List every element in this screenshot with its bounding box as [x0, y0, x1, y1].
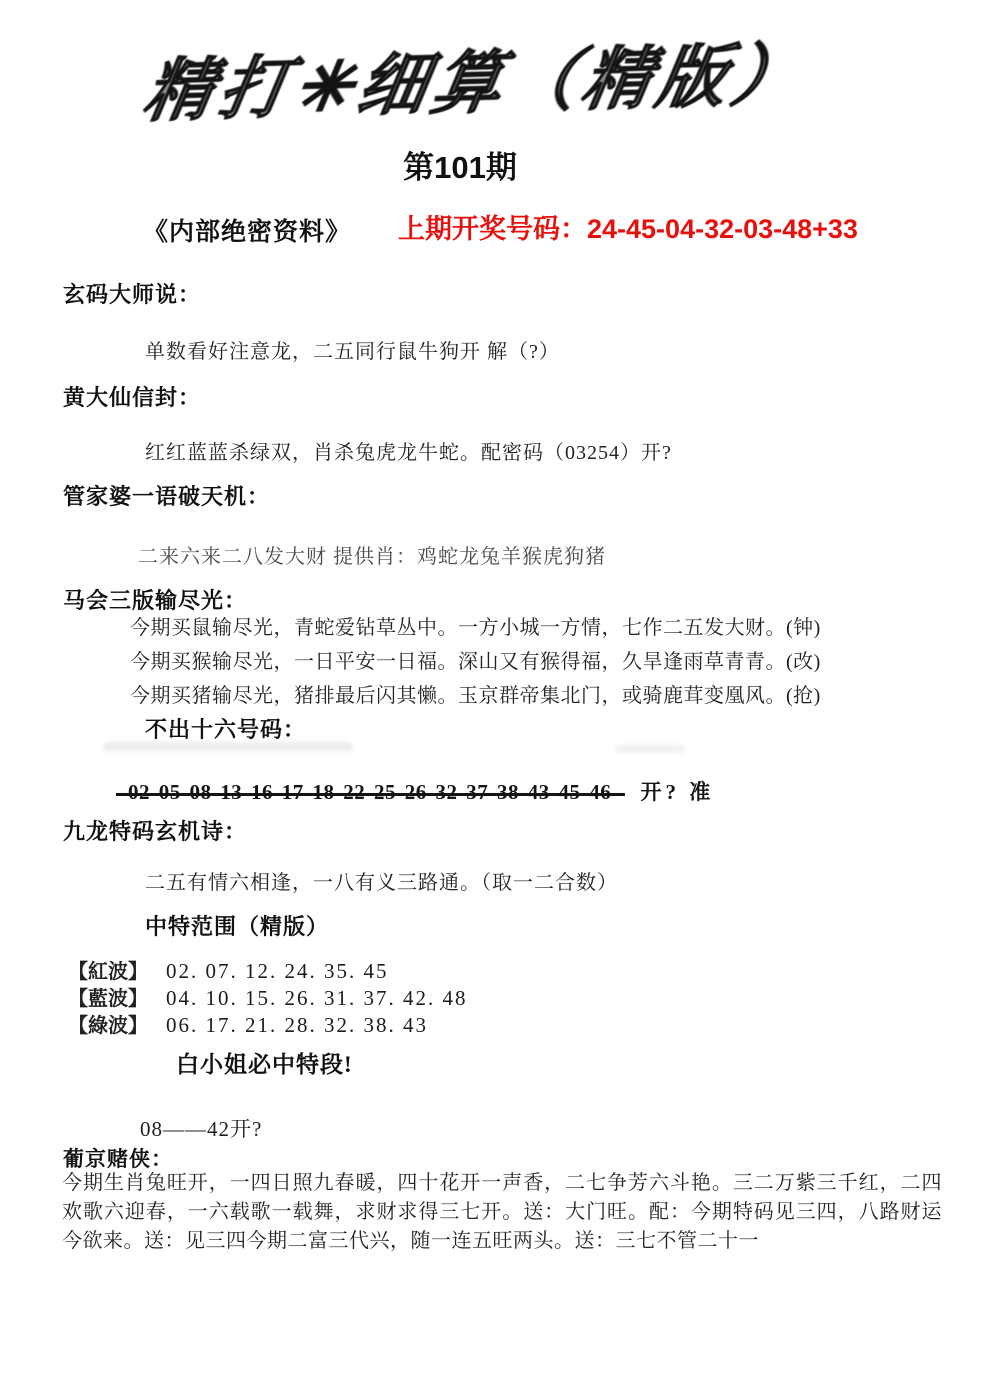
- wave-row-green: 【綠波】 06. 17. 21. 28. 32. 38. 43: [68, 1009, 428, 1038]
- mahui-verse-line: 今期买猪输尽光，猪排最后闪其懒。玉京群帝集北门，或骑鹿茸变凰风。(抢): [130, 679, 821, 708]
- blue-wave-numbers: 04. 10. 15. 26. 31. 37. 42. 48: [166, 986, 468, 1010]
- green-wave-numbers: 06. 17. 21. 28. 32. 38. 43: [166, 1013, 428, 1037]
- section-heading-xuanma-master: 玄码大师说：: [63, 278, 201, 309]
- section-heading-jiulong-poem: 九龙特码玄机诗：: [63, 815, 247, 846]
- scan-smudge: [615, 745, 685, 753]
- section-body-xuanma-master: 单数看好注意龙，二五同行鼠牛狗开 解（?）: [145, 335, 560, 364]
- section-heading-excluded-numbers: 不出十六号码：: [145, 713, 306, 744]
- red-wave-numbers: 02. 07. 12. 24. 35. 45: [166, 959, 389, 983]
- section-body-guanjiapo: 二来六来二八发大财 提供肖：鸡蛇龙兔羊猴虎狗猪: [138, 540, 606, 569]
- tip-sheet-page: 精打✳细算（精版） 第101期 《内部绝密资料》 上期开奖号码：24-45-04…: [0, 0, 981, 1388]
- section-body-pujing-gambler: 今期生肖兔旺开，一四日照九春暖，四十花开一声香，二七争芳六斗艳。三二万紫三千红，…: [62, 1169, 942, 1256]
- mahui-verse-line: 今期买猴输尽光，一日平安一日福。深山又有猴得福，久旱逢雨草青青。(改): [130, 645, 821, 674]
- wave-row-blue: 【藍波】 04. 10. 15. 26. 31. 37. 42. 48: [68, 982, 468, 1011]
- section-heading-huangdaxian: 黄大仙信封：: [63, 381, 201, 412]
- subheading-zhongte-range: 中特范围（精版）: [145, 910, 329, 941]
- mahui-verse-line: 今期买鼠输尽光，青蛇爱钻草丛中。一方小城一方情，七作二五发大财。(钟): [130, 611, 821, 640]
- special-segment-line: 08——42开?: [140, 1113, 262, 1143]
- section-heading-guanjiapo: 管家婆一语破天机：: [63, 480, 270, 511]
- scan-smudge: [103, 742, 353, 751]
- excluded-numbers-suffix: 开? 准: [641, 780, 715, 804]
- baixiaojie-must-hit-line: 白小姐必中特段!: [176, 1046, 353, 1079]
- red-wave-label: 【紅波】: [68, 961, 148, 983]
- section-body-jiulong-poem: 二五有情六相逢，一八有义三路通。（取一二合数）: [145, 866, 618, 895]
- excluded-numbers-struck: 02 05 08 13 16 17 18 22 25 26 32 37 38 4…: [128, 780, 611, 805]
- issue-number: 第101期: [0, 142, 920, 187]
- section-body-huangdaxian: 红红蓝蓝杀绿双，肖杀兔虎龙牛蛇。配密码（03254）开?: [145, 436, 672, 465]
- last-draw-numbers: 上期开奖号码：24-45-04-32-03-48+33: [398, 207, 858, 246]
- logo-title: 精打✳细算（精版）: [121, 19, 839, 156]
- doc-label: 《内部绝密资料》: [143, 212, 351, 248]
- wave-row-red: 【紅波】 02. 07. 12. 24. 35. 45: [68, 955, 389, 984]
- excluded-numbers-row: 02 05 08 13 16 17 18 22 25 26 32 37 38 4…: [128, 776, 714, 806]
- green-wave-label: 【綠波】: [68, 1015, 148, 1037]
- blue-wave-label: 【藍波】: [68, 988, 148, 1010]
